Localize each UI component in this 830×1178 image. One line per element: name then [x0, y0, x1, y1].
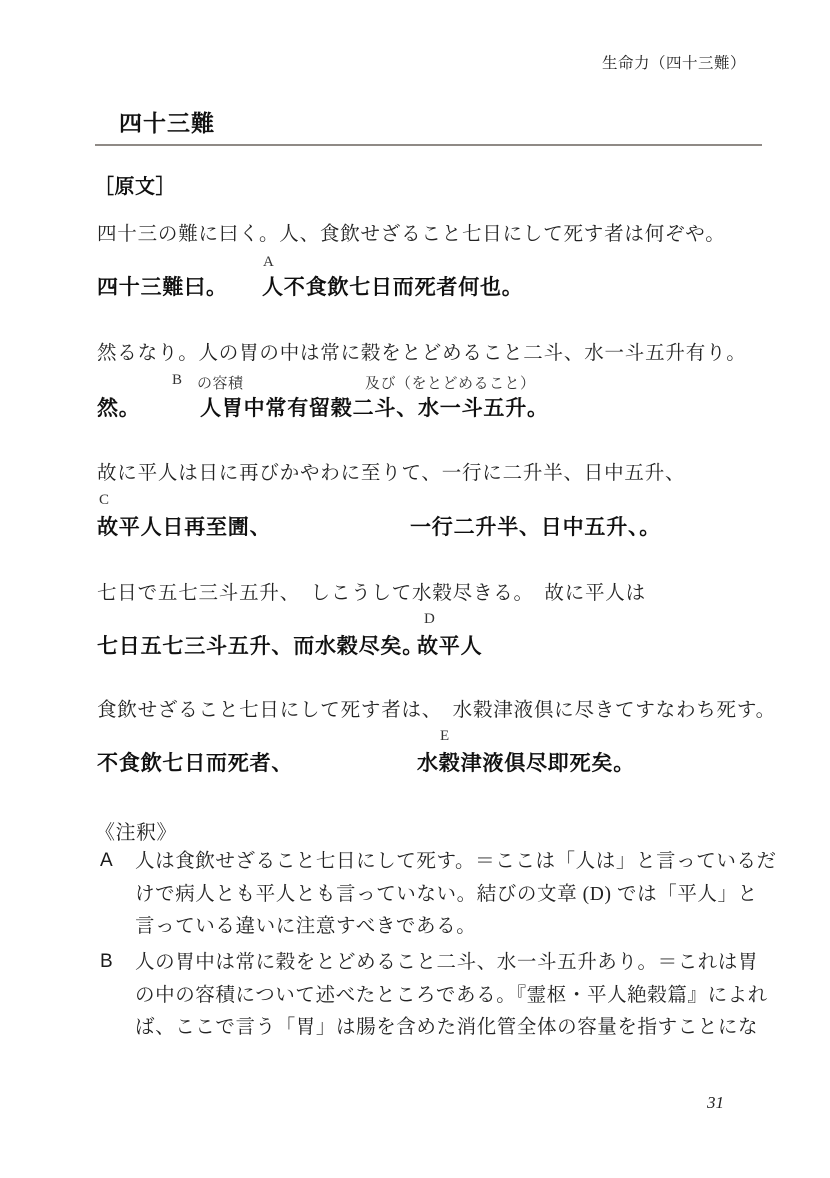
reading-line-4: 七日で五七三斗五升、 しこうして水穀尽きる。 故に平人は: [97, 577, 646, 605]
reading-line-1: 四十三の難に曰く。人、食飲せざること七日にして死す者は何ぞや。: [97, 218, 726, 246]
chushaku-section-label: 《注釈》: [95, 816, 177, 845]
genbun-section-label: ［原文］: [94, 170, 176, 199]
note-item-a-label: A: [100, 850, 113, 872]
kanbun-line-3-left: 故平人日再至圊、: [97, 511, 271, 541]
annotation-letter-e: E: [440, 728, 450, 745]
kanbun-line-5-left: 不食飲七日而死者、: [97, 747, 293, 777]
note-item-b-label: B: [100, 951, 113, 973]
kanbun-line-4-left: 七日五七三斗五升、而水穀尽矣。: [97, 630, 424, 660]
annotation-letter-a: A: [263, 254, 274, 271]
reading-line-3: 故に平人は日に再びかやわに至りて、一行に二升半、日中五升、: [97, 457, 685, 485]
note-b-line-1: 人の胃中は常に穀をとどめること二斗、水一斗五升あり。＝これは胃: [135, 951, 777, 984]
note-a-line-1: 人は食飲せざること七日にして死す。＝ここは「人は」と言っているだ: [135, 850, 777, 883]
kanbun-line-5-right: 水穀津液倶尽即死矣。: [417, 747, 635, 777]
annotation-letter-c: C: [99, 492, 110, 509]
reading-line-5: 食飲せざること七日にして死す者は、 水穀津液倶に尽きてすなわち死す。: [97, 694, 776, 722]
annotation-gloss-oyobi: 及び（をとどめること）: [365, 372, 536, 393]
kanbun-line-3-right: 一行二升半、日中五升、。: [410, 511, 661, 541]
kanbun-line-1-left: 四十三難曰。: [97, 271, 228, 301]
page-number: 31: [707, 1093, 724, 1113]
note-a-line-2: けで病人とも平人とも言っていない。結びの文章 (D) では「平人」と: [135, 883, 777, 916]
kanbun-line-2-left: 然。: [97, 392, 141, 422]
note-a-line-3: 言っている違いに注意すべきである。: [135, 915, 777, 948]
annotation-letter-b: B: [172, 372, 183, 389]
annotation-gloss-capacity: の容積: [197, 372, 244, 393]
book-page: 生命力（四十三難） 四十三難 ［原文］ 四十三の難に曰く。人、食飲せざること七日…: [0, 0, 830, 1178]
kanbun-line-2-right: 人胃中常有留穀二斗、水一斗五升。: [200, 392, 549, 422]
note-item-b: B 人の胃中は常に穀をとどめること二斗、水一斗五升あり。＝これは胃 の中の容積に…: [97, 951, 777, 1049]
title-rule-divider: [95, 144, 762, 146]
note-b-line-3: ば、ここで言う「胃」は腸を含めた消化管全体の容量を指すことにな: [135, 1016, 777, 1049]
kanbun-line-4-right: 故平人: [417, 630, 482, 660]
note-b-line-2: の中の容積について述べたところである。『霊枢・平人絶穀篇』によれ: [135, 984, 777, 1017]
kanbun-line-1-right: 人不食飲七日而死者何也。: [262, 271, 524, 301]
annotation-letter-d: D: [424, 611, 435, 628]
page-title: 四十三難: [119, 105, 215, 138]
reading-line-2: 然るなり。人の胃の中は常に穀をとどめること二斗、水一斗五升有り。: [97, 337, 747, 365]
note-item-a: A 人は食飲せざること七日にして死す。＝ここは「人は」と言っているだ けで病人と…: [97, 850, 777, 948]
running-header: 生命力（四十三難）: [602, 51, 746, 73]
